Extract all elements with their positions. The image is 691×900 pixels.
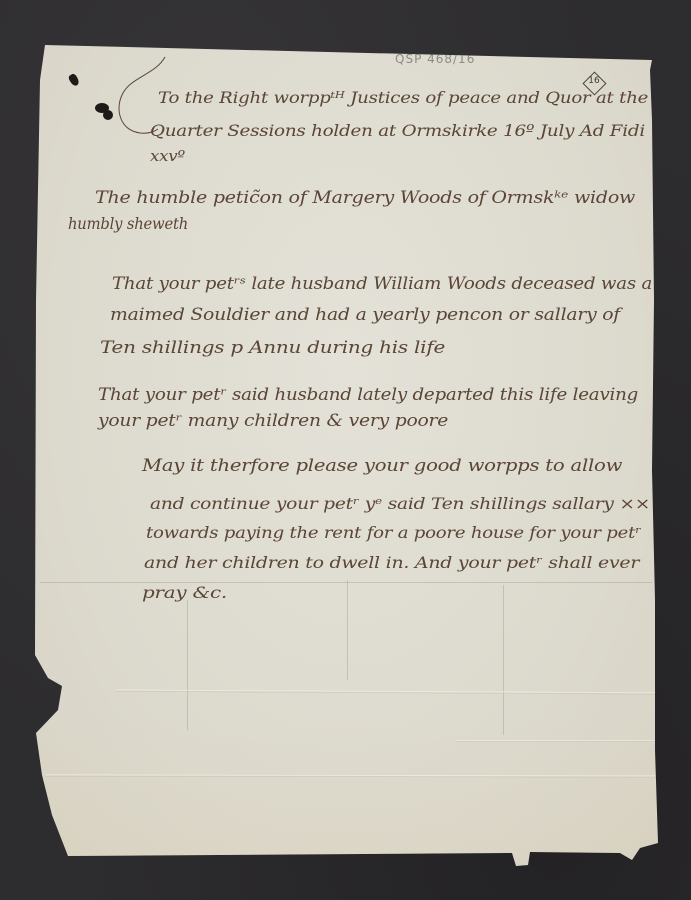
fold-line: [187, 600, 188, 730]
paragraph-line: your petʳ many children & very poore: [98, 411, 448, 430]
manuscript-page: QSP 468/16 16 To the Right worppᵗᴴ Justi…: [0, 0, 691, 900]
paragraph-line: That your petʳˢ late husband William Woo…: [112, 274, 652, 293]
preamble-line: humbly sheweth: [68, 214, 188, 233]
address-line: xxvº: [150, 147, 185, 165]
fold-line: [503, 585, 504, 735]
paragraph-line: That your petʳ said husband lately depar…: [98, 385, 638, 404]
paragraph-line: maimed Souldier and had a yearly pencon …: [110, 305, 620, 324]
paragraph-line: Ten shillings p Annu during his life: [100, 338, 445, 357]
fold-line: [347, 580, 348, 680]
prayer-line: towards paying the rent for a poore hous…: [146, 523, 641, 542]
address-line: To the Right worppᵗᴴ Justices of peace a…: [158, 88, 648, 107]
prayer-line: and continue your petʳ yᵉ said Ten shill…: [150, 494, 650, 513]
crease: [455, 740, 655, 742]
preamble-line: The humble petic̃on of Margery Woods of …: [95, 188, 635, 207]
ink-blot: [68, 73, 81, 87]
crease: [115, 690, 655, 695]
prayer-line: May it therfore please your good worpps …: [142, 456, 622, 476]
prayer-line: and her children to dwell in. And your p…: [144, 553, 639, 572]
crease: [45, 774, 655, 777]
fold-line: [40, 582, 652, 583]
prayer-line: pray &c.: [142, 583, 227, 602]
address-line: Quarter Sessions holden at Ormskirke 16º…: [150, 122, 645, 140]
folio-number: 16: [583, 76, 605, 86]
